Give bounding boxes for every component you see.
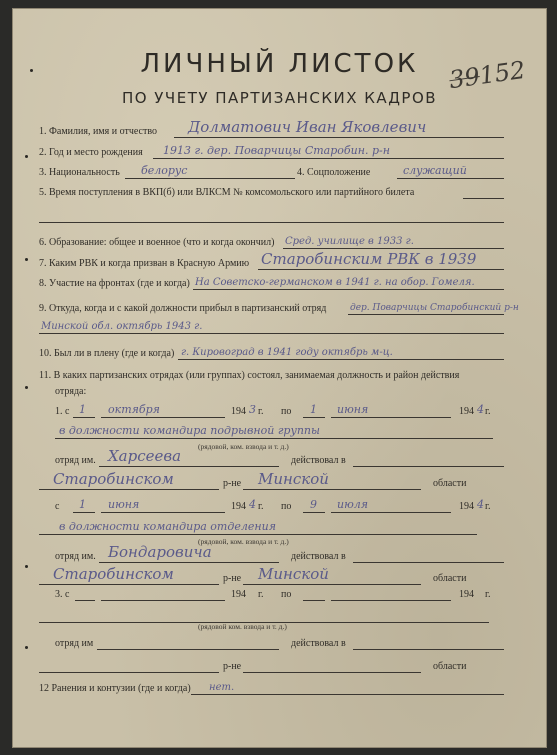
- field-line: [283, 248, 504, 249]
- field-education: 6. Образование: общее и военное (что и к…: [13, 231, 546, 251]
- field-line[interactable]: [303, 600, 325, 601]
- year-unit: г.: [485, 501, 490, 512]
- service-3-dates: 3. с 194 г. по 194 г.: [13, 583, 546, 603]
- personal-record-sheet: ЛИЧНЫЙ ЛИСТОК ПО УЧЕТУ ПАРТИЗАНСКИХ КАДР…: [13, 9, 546, 747]
- field-label: области: [433, 478, 466, 489]
- to-word: по: [281, 406, 291, 417]
- from-year-prefix: 194: [231, 501, 246, 512]
- field-label: р-не: [223, 478, 241, 489]
- district-value[interactable]: Старобинском: [53, 470, 174, 488]
- field-line[interactable]: [97, 649, 279, 650]
- field-label: 10. Был ли в плену (где и когда): [39, 348, 174, 359]
- field-label: 12 Ранения и контузии (где и когда): [39, 683, 191, 694]
- field-line: [39, 333, 504, 334]
- service-2-detachment: отряд им. Бондаровича действовал в: [13, 545, 546, 565]
- to-month[interactable]: июня: [337, 403, 368, 416]
- field-arrival-cont: Минской обл. октябрь 1943 г.: [13, 316, 546, 336]
- to-word: по: [281, 589, 291, 600]
- field-label: действовал в: [291, 551, 346, 562]
- field-arrival: 9. Откуда, когда и с какой должности при…: [13, 297, 546, 317]
- full-name-value[interactable]: Долматович Иван Яковлевич: [188, 118, 426, 136]
- service-1-dates: 1. с 1 октября 194 3 г. по 1 июня 194 4 …: [13, 400, 546, 420]
- service-2-dates: с 1 июня 194 4 г. по 9 июля 194 4 г.: [13, 495, 546, 515]
- field-label: отряд им.: [55, 455, 96, 466]
- service-num: 3. с: [55, 589, 69, 600]
- field-line: [243, 489, 421, 490]
- field-line[interactable]: [331, 600, 451, 601]
- field-wounds: 12 Ранения и контузии (где и когда) нет.: [13, 677, 546, 697]
- conscription-value[interactable]: Старобинским РВК в 1939: [261, 250, 476, 268]
- field-line: [153, 158, 504, 159]
- field-line: [73, 417, 95, 418]
- field-line: [125, 178, 295, 179]
- field-label: р-не: [223, 661, 241, 672]
- to-year-suffix[interactable]: 4: [477, 498, 484, 511]
- field-party-membership-cont: [13, 205, 546, 225]
- position-value[interactable]: в должности командира отделения: [59, 520, 276, 533]
- service-3-detachment: отряд им действовал в: [13, 632, 546, 652]
- field-line: [463, 198, 504, 199]
- field-line[interactable]: [75, 600, 95, 601]
- field-line: [303, 417, 325, 418]
- field-label: 4. Соцположение: [297, 167, 370, 178]
- archive-number-current: 152: [478, 56, 527, 90]
- field-label: 9. Откуда, когда и с какой должности при…: [39, 303, 326, 314]
- field-label: действовал в: [291, 455, 346, 466]
- nationality-value[interactable]: белорус: [141, 164, 187, 177]
- service-1-position: в должности командира подрывной группы: [13, 421, 546, 441]
- region-value[interactable]: Минской: [258, 470, 329, 488]
- field-full-name: 1. Фамилия, имя и отчество Долматович Ив…: [13, 120, 546, 140]
- field-label: 2. Год и место рождения: [39, 147, 143, 158]
- from-month[interactable]: октября: [108, 403, 160, 416]
- field-line: [73, 512, 95, 513]
- from-month[interactable]: июня: [108, 498, 139, 511]
- field-line: [101, 512, 225, 513]
- to-year-prefix: 194: [459, 406, 474, 417]
- detachment-value[interactable]: Бондаровича: [108, 543, 212, 561]
- field-label: 3. Национальность: [39, 167, 120, 178]
- field-line: [39, 534, 477, 535]
- field-label: 8. Участие на фронтах (где и когда): [39, 278, 190, 289]
- wounds-value[interactable]: нет.: [209, 682, 234, 693]
- field-line: [331, 417, 451, 418]
- field-line: [174, 137, 504, 138]
- field-line[interactable]: [39, 672, 219, 673]
- field-line[interactable]: [243, 672, 421, 673]
- arrival-value-line2[interactable]: Минской обл. октябрь 1943 г.: [41, 321, 202, 332]
- field-captivity: 10. Был ли в плену (где и когда) г. Киро…: [13, 342, 546, 362]
- year-unit: г.: [258, 589, 263, 600]
- field-line[interactable]: [101, 600, 225, 601]
- to-year-prefix: 194: [459, 501, 474, 512]
- field-line: [193, 289, 504, 290]
- field-line: [99, 466, 279, 467]
- field-fronts: 8. Участие на фронтах (где и когда) На С…: [13, 272, 546, 292]
- archive-number-struck: 39: [447, 62, 481, 94]
- field-label: 7. Каким РВК и когда призван в Красную А…: [39, 258, 249, 269]
- to-word: по: [281, 501, 291, 512]
- service-num: 1. с: [55, 406, 69, 417]
- from-year-prefix: 194: [231, 589, 246, 600]
- position-hint: (рядовой ком. взвода и т. д.): [198, 622, 287, 631]
- field-label: 5. Время поступления в ВКП(б) или ВЛКСМ …: [39, 187, 414, 198]
- arrival-value-line1[interactable]: дер. Поварчицы Старобинский р-н: [350, 303, 519, 313]
- education-value[interactable]: Сред. училище в 1933 г.: [285, 236, 414, 247]
- service-1-detachment: отряд им. Харсеева действовал в: [13, 449, 546, 469]
- service-2-position: в должности командира отделения: [13, 517, 546, 537]
- field-line: [178, 359, 504, 360]
- field-line[interactable]: [353, 466, 504, 467]
- field-line[interactable]: [39, 222, 504, 223]
- from-year-suffix[interactable]: 3: [249, 403, 256, 416]
- field-line[interactable]: [353, 649, 504, 650]
- field-label: области: [433, 661, 466, 672]
- from-day[interactable]: 1: [79, 498, 86, 511]
- field-line: [258, 269, 504, 270]
- field-label: 6. Образование: общее и военное (что и к…: [39, 237, 274, 248]
- year-unit: г.: [485, 589, 490, 600]
- from-day[interactable]: 1: [79, 403, 86, 416]
- to-month[interactable]: июля: [337, 498, 368, 511]
- field-line: [348, 314, 504, 315]
- field-line[interactable]: [353, 562, 504, 563]
- detachment-value[interactable]: Харсеева: [108, 447, 181, 465]
- field-line: [191, 694, 504, 695]
- to-day[interactable]: 9: [310, 498, 317, 511]
- region-value[interactable]: Минской: [258, 565, 329, 583]
- captivity-value[interactable]: г. Кировоград в 1941 году октябрь м-ц.: [181, 347, 393, 358]
- field-label: отряд им: [55, 638, 93, 649]
- field-label: отряда:: [55, 386, 86, 397]
- social-status-value[interactable]: служащий: [403, 164, 467, 177]
- field-nationality: 3. Национальность белорус 4. Соцположени…: [13, 161, 546, 181]
- field-line: [39, 489, 219, 490]
- field-label: действовал в: [291, 638, 346, 649]
- service-num: с: [55, 501, 59, 512]
- to-year-prefix: 194: [459, 589, 474, 600]
- district-value[interactable]: Старобинском: [53, 565, 174, 583]
- field-line: [397, 178, 504, 179]
- field-detachments-cont: отряда:: [13, 380, 546, 400]
- field-label: 1. Фамилия, имя и отчество: [39, 126, 157, 137]
- field-line: [331, 512, 451, 513]
- year-unit: г.: [258, 406, 263, 417]
- to-year-suffix[interactable]: 4: [477, 403, 484, 416]
- year-unit: г.: [258, 501, 263, 512]
- to-day[interactable]: 1: [310, 403, 317, 416]
- from-year-prefix: 194: [231, 406, 246, 417]
- service-3-area: р-не области: [13, 655, 546, 675]
- birth-value[interactable]: 1913 г. дер. Поварчицы Старобин. р-н: [163, 144, 390, 157]
- field-party-membership: 5. Время поступления в ВКП(б) или ВЛКСМ …: [13, 181, 546, 201]
- field-birth: 2. Год и место рождения 1913 г. дер. Пов…: [13, 141, 546, 161]
- field-line: [303, 512, 325, 513]
- field-line: [55, 438, 493, 439]
- from-year-suffix[interactable]: 4: [249, 498, 256, 511]
- field-conscription: 7. Каким РВК и когда призван в Красную А…: [13, 252, 546, 272]
- field-line: [99, 562, 279, 563]
- field-label: отряд им.: [55, 551, 96, 562]
- field-line: [101, 417, 225, 418]
- fronts-value[interactable]: На Советско-германском в 1941 г. на обор…: [195, 277, 475, 288]
- year-unit: г.: [485, 406, 490, 417]
- position-value[interactable]: в должности командира подрывной группы: [59, 424, 320, 437]
- service-1-area: Старобинском р-не Минской области: [13, 472, 546, 492]
